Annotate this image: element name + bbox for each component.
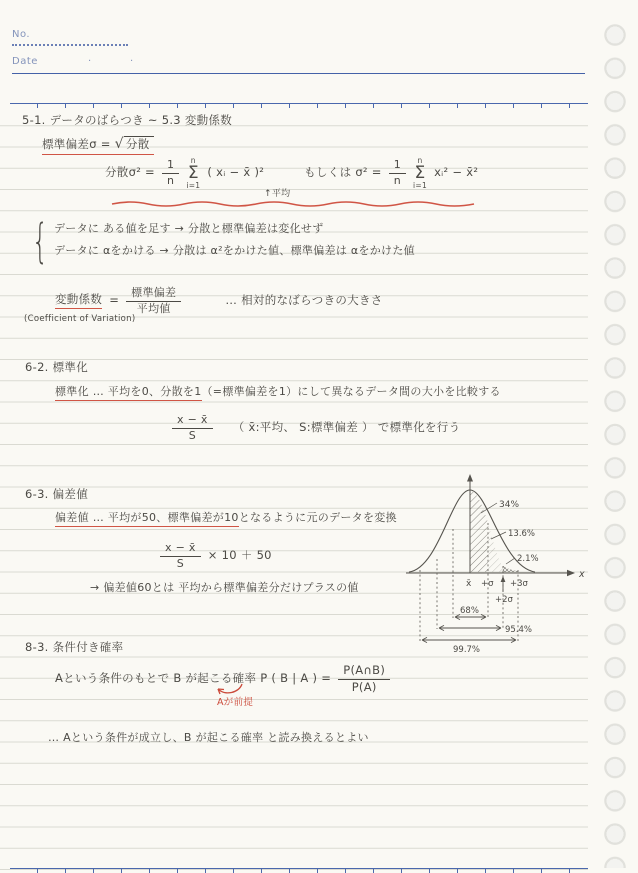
label-34pct: 34% [499, 500, 519, 510]
label-x-axis: x [578, 569, 585, 580]
cv-english: (Coefficient of Variation) [24, 314, 135, 324]
label-mean: x̄ [466, 579, 472, 589]
section-8-3-heading: 8-3. 条件付き確率 [25, 641, 123, 655]
date-line [12, 73, 585, 74]
tscore-note: → 偏差値60とは 平均から標準偏差分だけプラスの値 [90, 581, 359, 594]
tscore-def-rest: となるように元のデータを変換 [239, 511, 397, 524]
tscore-tail: × 10 ＋ 50 [208, 549, 272, 563]
one-over-n-2: 1 n [389, 159, 406, 187]
normal-distribution-sketch: 34% 13.6% 2.1% x̄ +σ +3σ +2σ x 68% 95.4%… [403, 470, 613, 655]
top-margin-line [10, 103, 588, 109]
x-axis-arrowhead [567, 570, 575, 576]
summation-2: n Σ i=1 [413, 157, 427, 189]
region-2pct [503, 566, 518, 572]
date-label: Date [12, 56, 38, 67]
y-axis-arrowhead [467, 474, 473, 482]
standardization-def-rest: （=標準偏差を1）にして異なるデータ間の大小を比較する [202, 385, 501, 398]
multiply-constant-note: データに αをかける → 分散は α²をかけた値、標準偏差は αをかけた値 [54, 244, 415, 257]
red-wavy-underline [110, 199, 480, 209]
section-5-1-title: 5-1. データのばらつき ~ 5.3 変動係数 [22, 114, 232, 128]
range-arrows [422, 614, 516, 642]
red-premise-note: Aが前提 [217, 697, 253, 708]
variance-formula: 分散σ² = 1 n n Σ i=1 ( xᵢ − x̄ )² もしくは σ² … [105, 150, 478, 196]
tscore-fraction: x − x̄ S [160, 542, 201, 570]
label-68pct: 68% [460, 606, 479, 616]
cv-formula: 変動係数 = 標準偏差 平均値 … 相対的なばらつきの大きさ [55, 284, 383, 318]
left-brace: { [32, 214, 48, 268]
add-constant-note: データに ある値を足す → 分散と標準偏差は変化せず [54, 222, 324, 235]
one-over-n: 1 n [162, 159, 179, 187]
conditional-reading-note: … Aという条件が成立し、B が起こる確率 と読み換えるとよい [48, 731, 369, 744]
label-95-4pct: 95.4% [505, 625, 532, 635]
label-13-6pct: 13.6% [508, 529, 535, 539]
standardization-formula: x − x̄ S （ x̄:平均、 S:標準偏差 ） で標準化を行う [172, 410, 460, 446]
sd-label: 標準偏差σ = [42, 137, 111, 151]
standardization-def: 標準化 … 平均を0、分散を1（=標準偏差を1）にして異なるデータ間の大小を比較… [55, 385, 501, 398]
section-6-3-heading: 6-3. 偏差値 [25, 488, 88, 502]
cv-equals: = [109, 294, 119, 308]
region-34pct [470, 491, 488, 572]
sd-sqrt-content: 分散 [124, 136, 154, 151]
red-curved-arrow [213, 681, 245, 697]
label-99-7pct: 99.7% [453, 645, 480, 655]
alt-term: xᵢ² − x̄² [434, 166, 478, 180]
probability-fraction: P(A∩B) P(A) [338, 664, 390, 693]
no-dotted-line [12, 44, 128, 46]
plus-2sigma-arrowhead [501, 576, 506, 582]
standardization-tail: （ x̄:平均、 S:標準偏差 ） で標準化を行う [233, 421, 461, 435]
summation: n Σ i=1 [186, 157, 200, 189]
notebook-page: No. Date · · 5-1. データのばらつき ~ 5.3 変動係数 標準… [0, 0, 638, 873]
bottom-margin-line [10, 868, 588, 873]
label-2-1pct: 2.1% [517, 554, 539, 564]
tscore-formula: x − x̄ S × 10 ＋ 50 [160, 538, 272, 574]
conditional-sentence: Aという条件のもとで B が起こる確率 P ( B | A ) = [55, 672, 331, 686]
cv-label: 変動係数 [55, 293, 102, 310]
section-6-2-heading: 6-2. 標準化 [25, 361, 88, 375]
date-dot-2: · [130, 56, 134, 67]
tscore-def: 偏差値 … 平均が50、標準偏差が10となるように元のデータを変換 [55, 511, 397, 524]
standardization-def-highlight: 標準化 … 平均を0、分散を1 [55, 385, 202, 401]
cv-tail: … 相対的なばらつきの大きさ [225, 294, 382, 308]
variance-label: 分散σ² = [105, 166, 155, 180]
region-13pct [488, 523, 503, 572]
alt-label: もしくは σ² = [304, 166, 382, 180]
cv-fraction: 標準偏差 平均値 [126, 287, 181, 315]
date-dot-1: · [88, 56, 92, 67]
label-plus-2sigma: +2σ [495, 595, 514, 605]
binder-holes [596, 18, 638, 868]
deviation-term: ( xᵢ − x̄ )² [207, 166, 264, 180]
label-plus-3sigma: +3σ [510, 579, 529, 589]
z-fraction: x − x̄ S [172, 414, 213, 442]
no-label: No. [12, 29, 30, 40]
tscore-def-highlight: 偏差値 … 平均が50、標準偏差が10 [55, 511, 239, 527]
label-plus-sigma: +σ [481, 579, 494, 589]
